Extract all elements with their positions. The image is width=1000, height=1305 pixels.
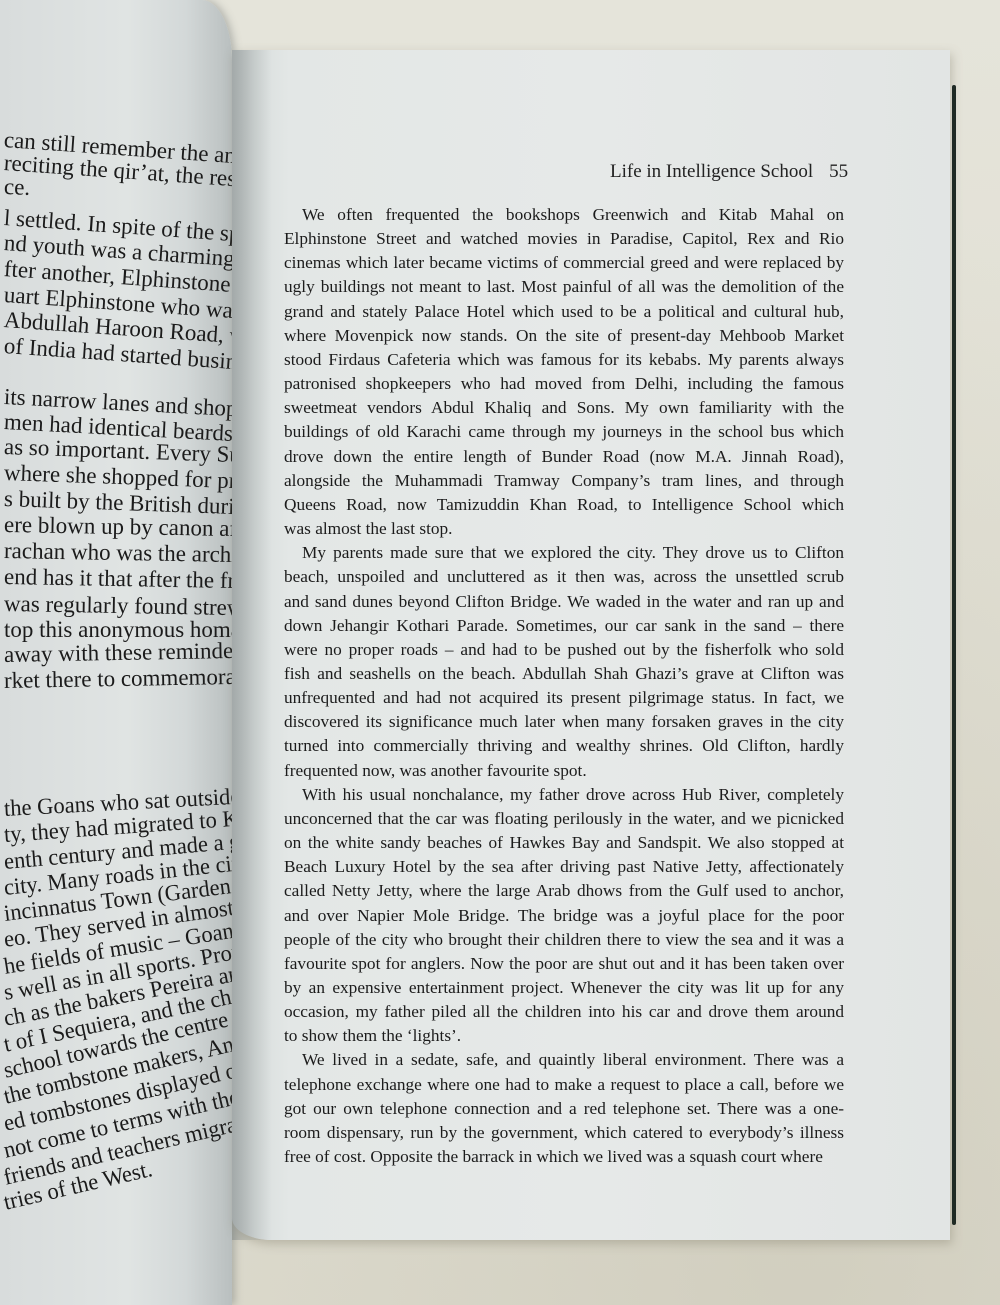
text-line: ugly buildings not meant to last. Most p… [266, 275, 844, 299]
text-line: Queens Road, now Tamizuddin Khan Road, t… [266, 493, 844, 517]
chapter-title: Life in Intelligence School [610, 161, 813, 182]
text-line: telephone exchange where one had to make… [266, 1073, 844, 1097]
text-line: where Movenpick now stands. On the site … [266, 324, 844, 348]
text-line: were no proper roads – and had to be pus… [266, 638, 844, 662]
running-head: Life in Intelligence School55 [610, 161, 848, 183]
text-line: cinemas which later became victims of co… [266, 251, 844, 275]
paragraph: With his usual nonchalance, my father dr… [266, 783, 844, 1049]
paragraph: My parents made sure that we explored th… [266, 541, 844, 783]
text-line: alongside the Muhammadi Tramway Company’… [266, 469, 844, 493]
text-line: on the white sandy beaches of Hawkes Bay… [266, 831, 844, 855]
left-text-line: end has it that after the freedo [4, 564, 232, 595]
text-line: occasion, my father piled all the childr… [266, 1000, 844, 1024]
text-line: buildings of old Karachi came through my… [266, 420, 844, 444]
text-line: beach, unspoiled and uncluttered as it t… [266, 565, 844, 589]
left-text-line: ce. [4, 174, 31, 201]
text-line: was almost the last stop. [266, 517, 844, 541]
text-line: sweetmeat vendors Abdul Khaliq and Sons.… [266, 396, 844, 420]
text-line: We often frequented the bookshops Greenw… [266, 203, 844, 227]
text-line: free of cost. Opposite the barrack in wh… [266, 1145, 844, 1169]
text-line: favourite spot for anglers. Now the poor… [266, 952, 844, 976]
text-line: frequented now, was another favourite sp… [266, 759, 844, 783]
text-line: Elphinstone Street and watched movies in… [266, 227, 844, 251]
body-text: We often frequented the bookshops Greenw… [266, 203, 844, 1169]
book-cover-edge [952, 85, 956, 1225]
text-line: got our own telephone connection and a r… [266, 1097, 844, 1121]
text-line: turned into commercially thriving and we… [266, 734, 844, 758]
text-line: Beach Luxury Hotel by the sea after driv… [266, 855, 844, 879]
text-line: unconcerned that the car was floating pe… [266, 807, 844, 831]
text-line: With his usual nonchalance, my father dr… [266, 783, 844, 807]
text-line: people of the city who brought their chi… [266, 928, 844, 952]
text-line: unfrequented and had not acquired its pr… [266, 686, 844, 710]
page-number: 55 [829, 161, 848, 182]
text-line: called Netty Jetty, where the large Arab… [266, 879, 844, 903]
text-line: We lived in a sedate, safe, and quaintly… [266, 1048, 844, 1072]
left-text-line: away with these reminders [4, 638, 232, 668]
text-line: drove down the entire length of Bunder R… [266, 445, 844, 469]
text-line: fish and seashells on the beach. Abdulla… [266, 662, 844, 686]
text-line: by an expensive entertainment project. W… [266, 976, 844, 1000]
text-line: My parents made sure that we explored th… [266, 541, 844, 565]
text-line: grand and stately Palace Hotel which use… [266, 300, 844, 324]
text-line: discovered its significance much later w… [266, 710, 844, 734]
text-line: patronised shopkeepers who had moved fro… [266, 372, 844, 396]
text-line: and sand dunes beyond Clifton Bridge. We… [266, 590, 844, 614]
text-line: and over Napier Mole Bridge. The bridge … [266, 904, 844, 928]
text-line: to show them the ‘lights’. [266, 1024, 844, 1048]
paragraph: We often frequented the bookshops Greenw… [266, 203, 844, 541]
paragraph: We lived in a sedate, safe, and quaintly… [266, 1048, 844, 1169]
left-page: can still remember the angureciting the … [0, 0, 232, 1305]
text-line: room dispensary, run by the government, … [266, 1121, 844, 1145]
left-text-line: rket there to commemorate th [4, 663, 232, 694]
text-line: stood Firdaus Cafeteria which was famous… [266, 348, 844, 372]
text-line: down Jehangir Kothari Parade. Sometimes,… [266, 614, 844, 638]
